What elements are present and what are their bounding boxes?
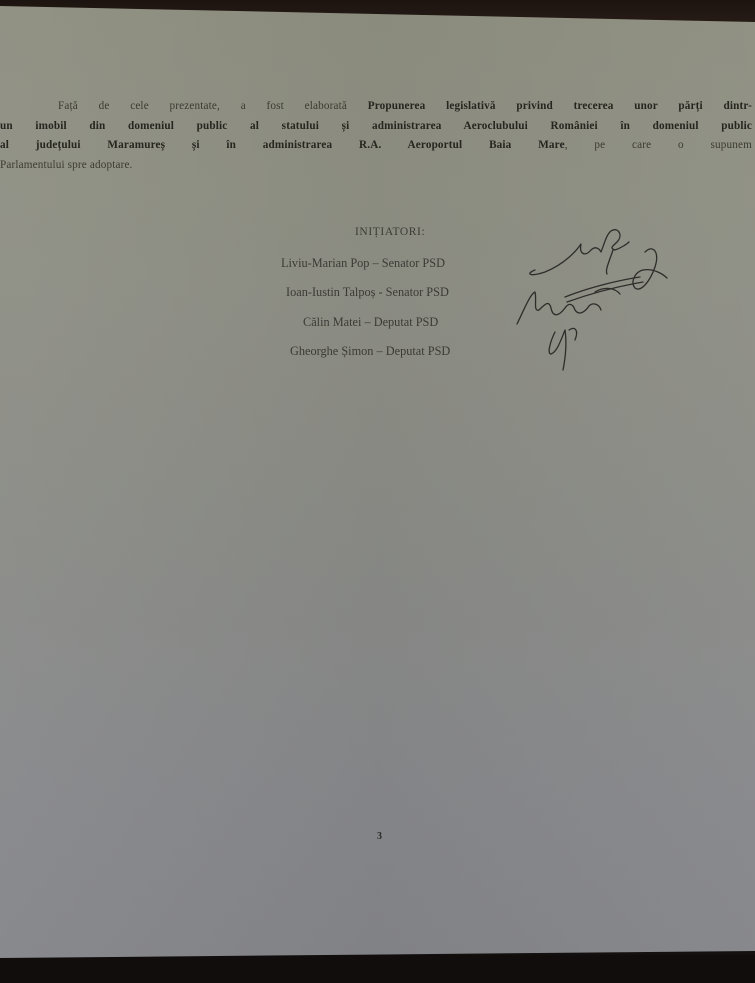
regular-text: , pe care o supunem xyxy=(565,139,752,151)
bold-text: un imobil din domeniul public al statulu… xyxy=(0,120,752,132)
conclusion-paragraph: Față de cele prezentate, a fost elaborat… xyxy=(0,97,752,175)
paragraph-line: al județului Maramureș și în administrar… xyxy=(0,136,752,156)
signer-line: Liviu-Marian Pop – Senator PSD xyxy=(281,256,445,271)
background-surface-bottom xyxy=(0,955,755,983)
paragraph-line: un imobil din domeniul public al statulu… xyxy=(0,117,752,137)
regular-text: Față de cele prezentate, a fost elaborat… xyxy=(58,100,368,112)
paragraph-line: Față de cele prezentate, a fost elaborat… xyxy=(0,97,752,117)
bold-text: Propunerea legislativă privind trecerea … xyxy=(368,100,752,112)
document-page: Față de cele prezentate, a fost elaborat… xyxy=(0,0,755,983)
page-number: 3 xyxy=(377,831,382,842)
paragraph-line: Parlamentului spre adoptare. xyxy=(0,156,752,176)
signer-line: Călin Matei – Deputat PSD xyxy=(303,315,438,330)
signer-line: Gheorghe Șimon – Deputat PSD xyxy=(290,344,450,359)
initiators-heading: INIȚIATORI: xyxy=(355,226,425,238)
handwritten-signatures-icon xyxy=(495,222,685,377)
regular-text: Parlamentului spre adoptare. xyxy=(0,159,133,171)
bold-text: al județului Maramureș și în administrar… xyxy=(0,139,565,151)
signer-line: Ioan-Iustin Talpoș - Senator PSD xyxy=(286,285,449,300)
